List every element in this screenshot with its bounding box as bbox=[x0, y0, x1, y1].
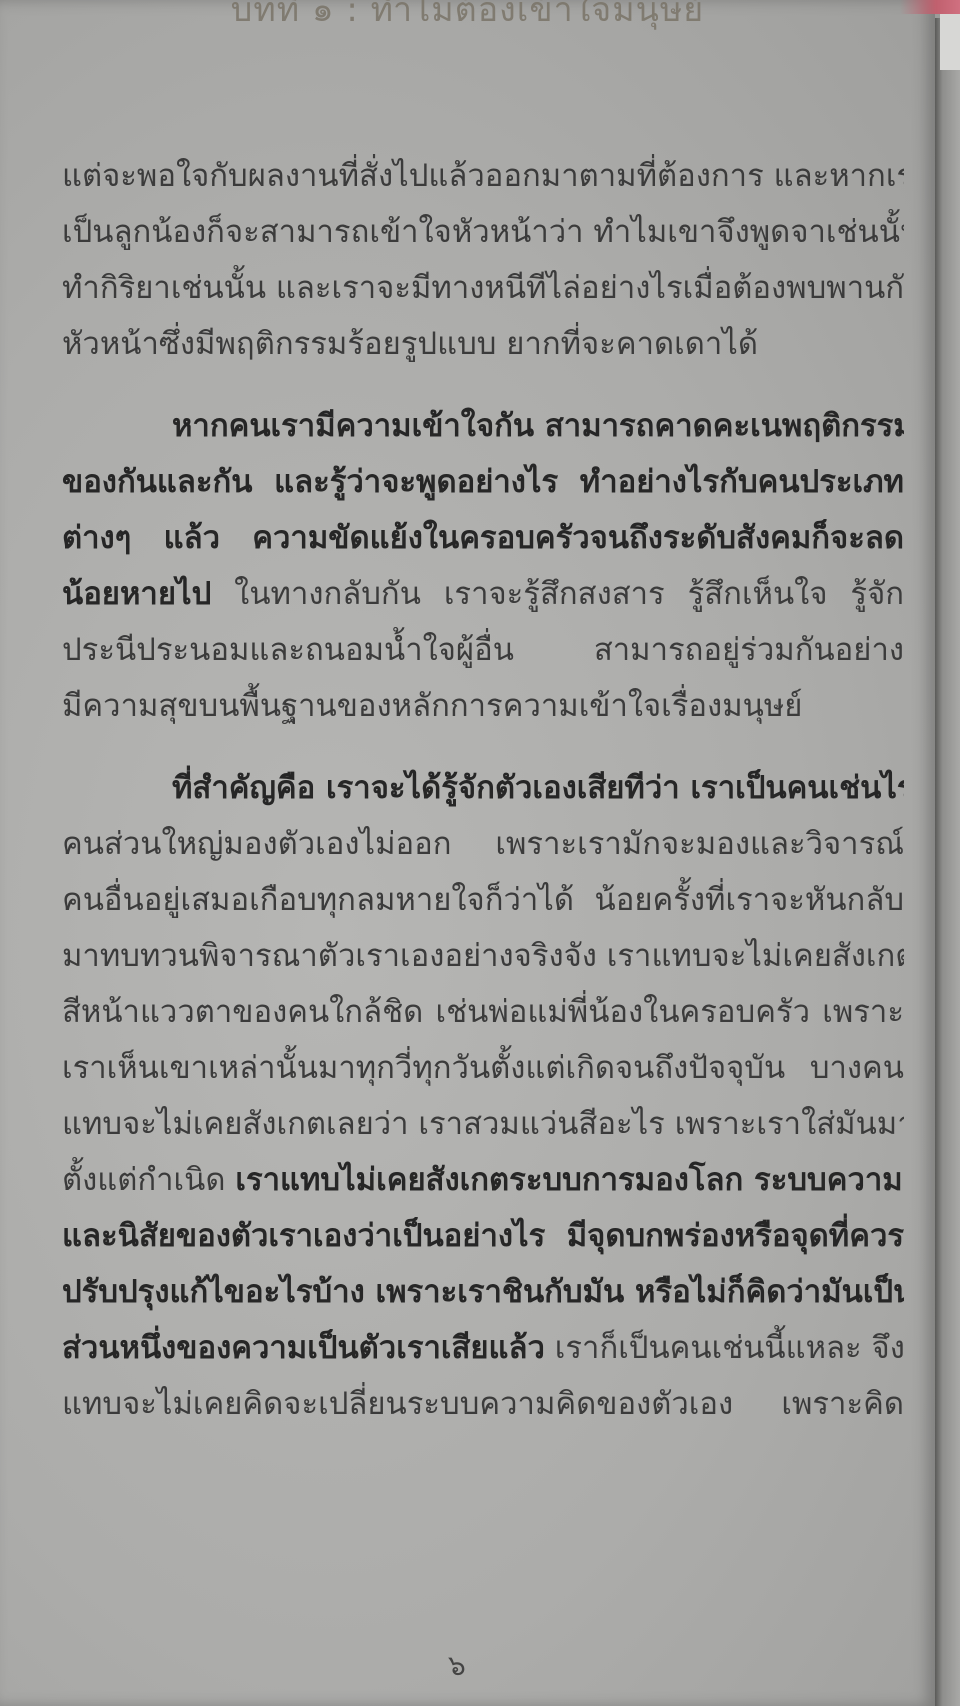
text-line-mixed: ส่วนหนึ่งของความเป็นตัวเราเสียแล้ว เราก็… bbox=[62, 1320, 904, 1376]
text-line: ทำกิริยาเช่นนั้น และเราจะมีทางหนีทีไล่อย… bbox=[62, 260, 904, 316]
red-background-corner bbox=[900, 0, 960, 14]
text-line-bold: ที่สำคัญคือ เราจะได้รู้จักตัวเองเสียทีว่… bbox=[62, 760, 904, 816]
text-line: มาทบทวนพิจารณาตัวเราเองอย่างจริงจัง เราแ… bbox=[62, 928, 904, 984]
text-line-bold: และนิสัยของตัวเราเองว่าเป็นอย่างไร มีจุด… bbox=[62, 1208, 904, 1264]
text-line-bold: หากคนเรามีความเข้าใจกัน สามารถคาดคะเนพฤต… bbox=[62, 398, 904, 454]
paragraph-1: แต่จะพอใจกับผลงานที่สั่งไปแล้วออกมาตามที… bbox=[62, 148, 904, 372]
text-line: คนอื่นอยู่เสมอเกือบทุกลมหายใจก็ว่าได้ น้… bbox=[62, 872, 904, 928]
page-stack-edge bbox=[935, 18, 960, 1706]
text-line-bold: ของกันและกัน และรู้ว่าจะพูดอย่างไร ทำอย่… bbox=[62, 454, 904, 510]
text-line-bold: ต่างๆ แล้ว ความขัดแย้งในครอบครัวจนถึงระด… bbox=[62, 510, 904, 566]
text-line-mixed: น้อยหายไป ในทางกลับกัน เราจะรู้สึกสงสาร … bbox=[62, 566, 904, 622]
page-number: ๖ bbox=[448, 1644, 466, 1688]
next-page-sliver bbox=[940, 10, 960, 70]
text-line: ประนีประนอมและถนอมน้ำใจผู้อื่น สามารถอยู… bbox=[62, 622, 904, 678]
running-head: บทที่ ๑ : ทำไมต้องเข้าใจมนุษย์ bbox=[0, 0, 935, 36]
text-line: เราเห็นเขาเหล่านั้นมาทุกวี่ทุกวันตั้งแต่… bbox=[62, 1040, 904, 1096]
paragraph-3: ที่สำคัญคือ เราจะได้รู้จักตัวเองเสียทีว่… bbox=[62, 760, 904, 1432]
text-line: หัวหน้าซึ่งมีพฤติกรรมร้อยรูปแบบ ยากที่จะ… bbox=[62, 316, 904, 372]
text-line: แทบจะไม่เคยคิดจะเปลี่ยนระบบความคิดของตัว… bbox=[62, 1376, 904, 1432]
text-line: คนส่วนใหญ่มองตัวเองไม่ออก เพราะเรามักจะม… bbox=[62, 816, 904, 872]
book-page: บทที่ ๑ : ทำไมต้องเข้าใจมนุษย์ แต่จะพอใจ… bbox=[0, 0, 935, 1706]
body-text: แต่จะพอใจกับผลงานที่สั่งไปแล้วออกมาตามที… bbox=[62, 148, 904, 1432]
text-line: เป็นลูกน้องก็จะสามารถเข้าใจหัวหน้าว่า ทำ… bbox=[62, 204, 904, 260]
text-line-bold: ปรับปรุงแก้ไขอะไรบ้าง เพราะเราชินกับมัน … bbox=[62, 1264, 904, 1320]
text-line: แต่จะพอใจกับผลงานที่สั่งไปแล้วออกมาตามที… bbox=[62, 148, 904, 204]
book-photo: บทที่ ๑ : ทำไมต้องเข้าใจมนุษย์ แต่จะพอใจ… bbox=[0, 0, 960, 1706]
text-line: แทบจะไม่เคยสังเกตเลยว่า เราสวมแว่นสีอะไร… bbox=[62, 1096, 904, 1152]
text-line: สีหน้าแววตาของคนใกล้ชิด เช่นพ่อแม่พี่น้อ… bbox=[62, 984, 904, 1040]
paragraph-2: หากคนเรามีความเข้าใจกัน สามารถคาดคะเนพฤต… bbox=[62, 398, 904, 734]
text-line-mixed: ตั้งแต่กำเนิด เราแทบไม่เคยสังเกตระบบการม… bbox=[62, 1152, 904, 1208]
text-line: มีความสุขบนพื้นฐานของหลักการความเข้าใจเร… bbox=[62, 678, 904, 734]
